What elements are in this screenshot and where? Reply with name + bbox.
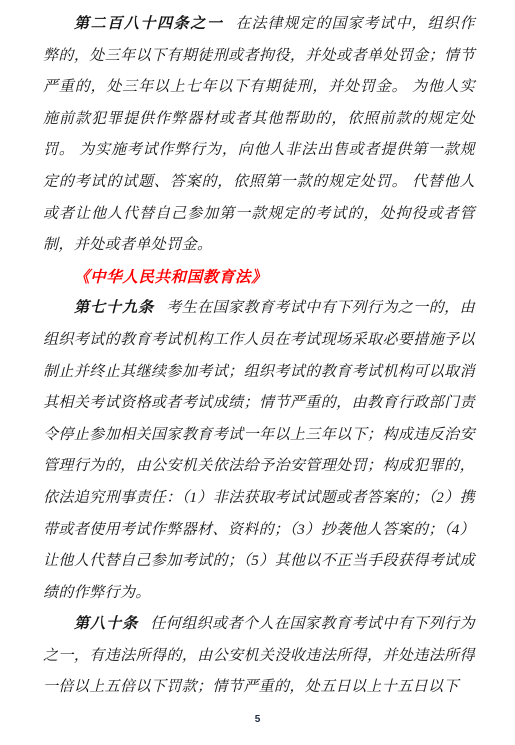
document-body: 第二百八十四条之一在法律规定的国家考试中，组织作弊的，处三年以下有期徒刑或者拘役…: [43, 9, 475, 704]
page-footer: 5: [0, 709, 515, 727]
article-paragraph-79: 第七十九条考生在国家教育考试中有下列行为之一的，由组织考试的教育考试机构工作人员…: [43, 293, 475, 609]
article-body-79: 考生在国家教育考试中有下列行为之一的，由组织考试的教育考试机构工作人员在考试现场…: [43, 300, 475, 600]
document-page: 第二百八十四条之一在法律规定的国家考试中，组织作弊的，处三年以下有期徒刑或者拘役…: [0, 0, 515, 745]
article-head-284-1: 第二百八十四条之一: [74, 16, 223, 32]
article-paragraph-284-1: 第二百八十四条之一在法律规定的国家考试中，组织作弊的，处三年以下有期徒刑或者拘役…: [43, 9, 475, 262]
article-head-80: 第八十条: [74, 616, 138, 632]
article-body-284-1: 在法律规定的国家考试中，组织作弊的，处三年以下有期徒刑或者拘役，并处或者单处罚金…: [43, 16, 475, 253]
law-title-education-law: 《中华人民共和国教育法》: [43, 262, 475, 294]
article-head-79: 第七十九条: [74, 300, 154, 316]
article-paragraph-80: 第八十条任何组织或者个人在国家教育考试中有下列行为之一，有违法所得的，由公安机关…: [43, 609, 475, 704]
page-number: 5: [255, 714, 261, 725]
